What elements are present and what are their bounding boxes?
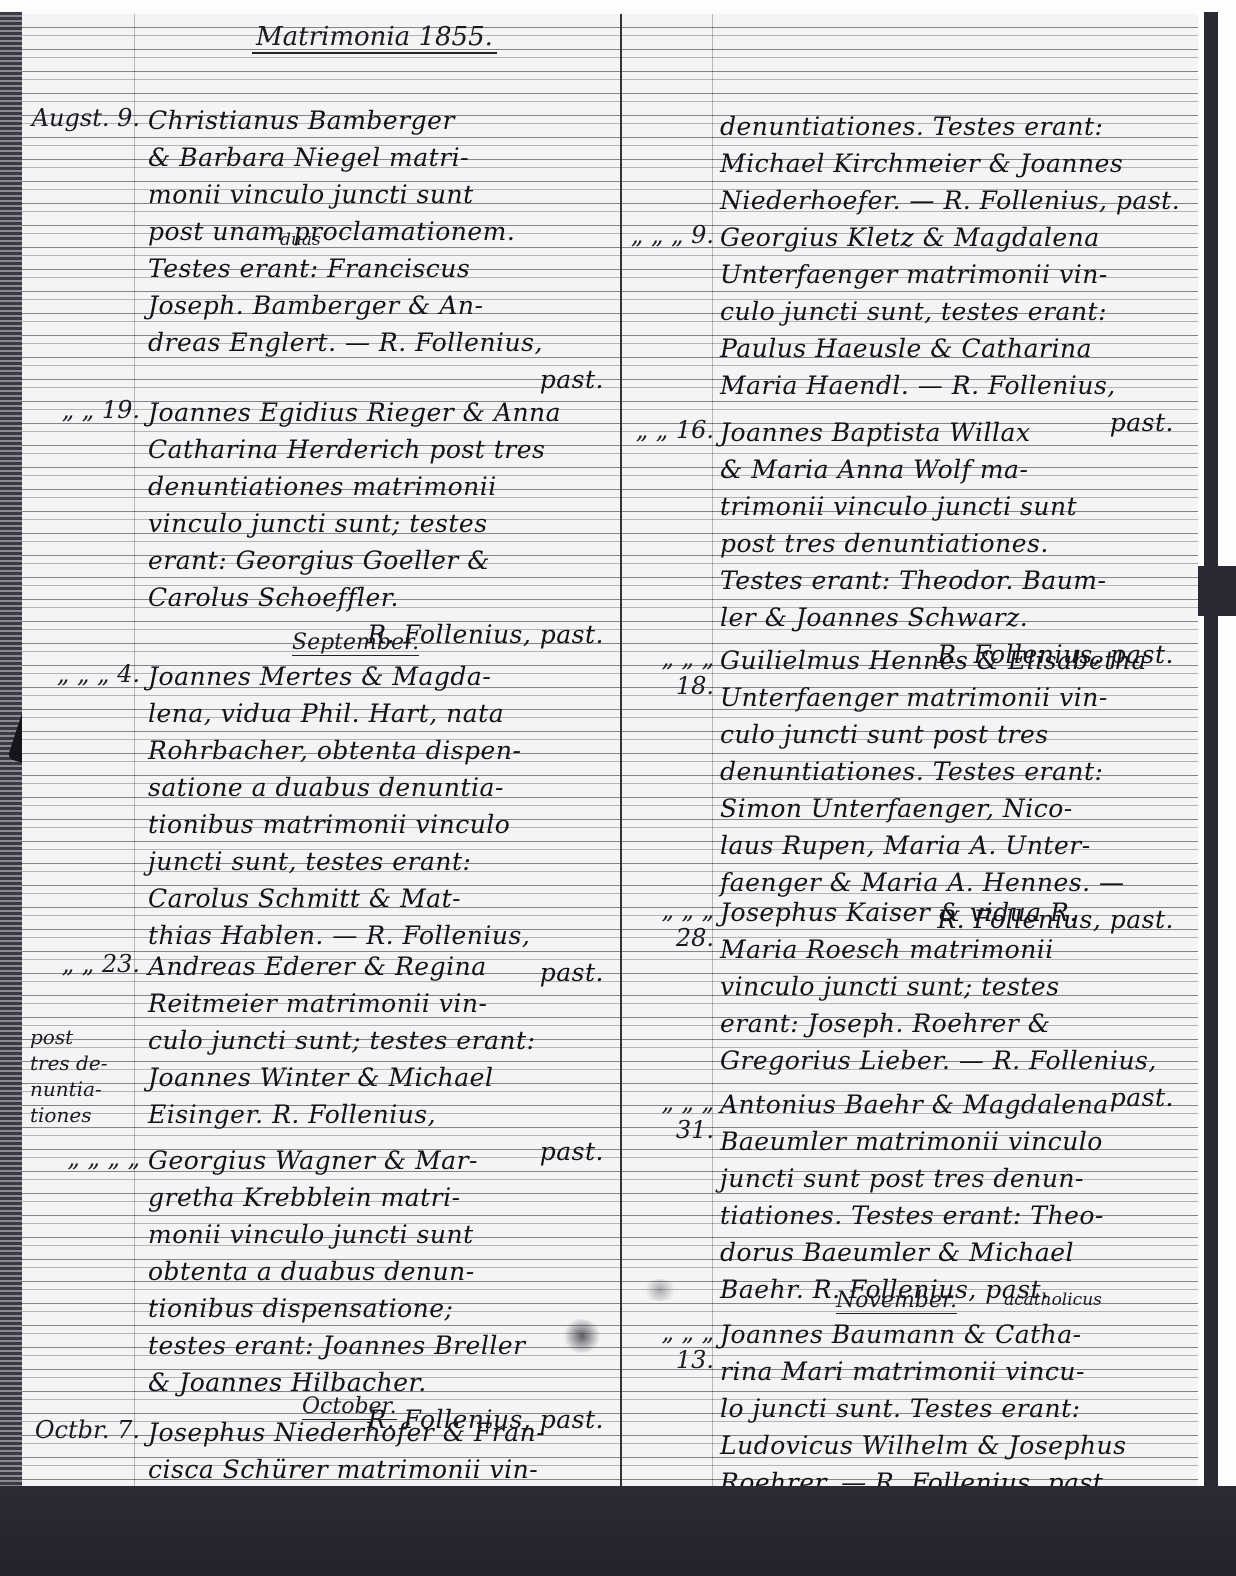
margin-note-line: post [30,1024,107,1050]
entry-line: culo juncti sunt post tres [720,716,1184,753]
entry-line: Guilielmus Hennes & Elisabetha [720,642,1184,679]
entry-line: Simon Unterfaenger, Nico- [720,790,1184,827]
entry-line: rina Mari matrimonii vincu- [720,1353,1184,1390]
entry-line: Maria Roesch matrimonii [720,931,1184,968]
entry-line: post tres denuntiationes. [720,525,1184,562]
ink-smudge [562,1319,602,1353]
entry-line: juncti sunt post tres denun- [720,1160,1184,1197]
entry-line: monii vinculo juncti sunt [148,176,614,213]
entry-line: Georgius Wagner & Mar- [148,1142,614,1179]
entry-line: gretha Krebblein matri- [148,1179,614,1216]
entry-date: Octbr. 7. [22,1416,140,1444]
entry-line: satione a duabus denuntia- [148,769,614,806]
margin-note-line: nuntia- [30,1076,107,1102]
entry-line: Christianus Bamberger [148,102,614,139]
month-heading: November. [836,1288,957,1314]
entry-line: Antonius Baehr & Magdalena [720,1086,1184,1123]
entry-line: Joannes Mertes & Magda- [148,658,614,695]
entry-line: dorus Baeumler & Michael [720,1234,1184,1271]
entry-date: Augst. 9. [22,104,140,132]
marginal-annotation: acatholicus [1004,1290,1102,1310]
entry-text: Antonius Baehr & Magdalena Baeumler matr… [720,1086,1184,1308]
entry-line: monii vinculo juncti sunt [148,1216,614,1253]
entry-line: Unterfaenger matrimonii vin- [720,679,1184,716]
entry-date: „ „ „ 28. [626,896,714,952]
entry-date: „ „ „ 9. [626,221,714,249]
entry-line: vinculo juncti sunt; testes [720,968,1184,1005]
entry-line: erant: Georgius Goeller & [148,542,614,579]
entry-line: Maria Haendl. — R. Follenius, [720,367,1184,404]
entry-text: Georgius Kletz & Magdalena Unterfaenger … [720,219,1184,441]
entry-line: trimonii vinculo juncti sunt [720,488,1184,525]
entry-line: Catharina Herderich post tres [148,431,614,468]
entry-date: „ „ „ „ [22,1144,140,1172]
ink-smudge [642,1279,678,1301]
month-heading: September. [292,630,419,656]
entry-line: Rohrbacher, obtenta dispen- [148,732,614,769]
entry-line: Gregorius Lieber. — R. Follenius, [720,1042,1184,1079]
entry-text: Joannes Mertes & Magda- lena, vidua Phil… [148,658,614,991]
entry-text: Christianus Bamberger & Barbara Niegel m… [148,102,614,398]
entry-line: denuntiationes. Testes erant: [720,108,1184,145]
scanned-register-page: Matrimonia 1855. Augst. 9. duas Christia… [0,0,1236,1576]
entry-line: ler & Joannes Schwarz. [720,599,1184,636]
entry-line: culo juncti sunt; testes erant: [148,1022,614,1059]
scan-border-right [1204,12,1218,1492]
entry-line: Carolus Schmitt & Mat- [148,880,614,917]
entry-line: Testes erant: Franciscus [148,250,614,287]
pastor-signature: past. [148,361,614,398]
entry-line: culo juncti sunt, testes erant: [720,293,1184,330]
entry-date: „ „ „ 4. [22,660,140,688]
page-gutter [620,14,622,1504]
entry-line: post unam proclamationem. [148,213,614,250]
entry-line: Paulus Haeusle & Catharina [720,330,1184,367]
entry-text: Joannes Baumann & Catha- rina Mari matri… [720,1316,1184,1501]
entry-line: Andreas Ederer & Regina [148,948,614,985]
entry-line: obtenta a duabus denun- [148,1253,614,1290]
entry-line: Reitmeier matrimonii vin- [148,985,614,1022]
entry-line: denuntiationes. Testes erant: [720,753,1184,790]
entry-line: Ludovicus Wilhelm & Josephus [720,1427,1184,1464]
entry-line: lo juncti sunt. Testes erant: [720,1390,1184,1427]
entry-line: laus Rupen, Maria A. Unter- [720,827,1184,864]
entry-line: cisca Schürer matrimonii vin- [148,1451,614,1488]
entry-text: Andreas Ederer & Regina Reitmeier matrim… [148,948,614,1170]
entry-line: Testes erant: Theodor. Baum- [720,562,1184,599]
entry-line: juncti sunt, testes erant: [148,843,614,880]
entry-line: vinculo juncti sunt; testes [148,505,614,542]
margin-note: post tres de- nuntia- tiones [30,1024,107,1128]
entry-line: & Barbara Niegel matri- [148,139,614,176]
entry-text: Joannes Egidius Rieger & Anna Catharina … [148,394,614,653]
entry-line: tiationes. Testes erant: Theo- [720,1197,1184,1234]
page-title: Matrimonia 1855. [252,22,497,54]
entry-line: Josephus Niederhofer & Fran- [148,1414,614,1451]
entry-line: Josephus Kaiser & vidua R. [720,894,1184,931]
ledger-page: Matrimonia 1855. Augst. 9. duas Christia… [22,14,1198,1490]
scan-border-bottom [0,1486,1236,1576]
entry-date: „ „ 19. [22,396,140,424]
entry-line: lena, vidua Phil. Hart, nata [148,695,614,732]
entry-date: „ „ „ 18. [626,644,714,700]
entry-line: & Maria Anna Wolf ma- [720,451,1184,488]
entry-line: testes erant: Joannes Breller [148,1327,614,1364]
margin-note-line: tres de- [30,1050,107,1076]
entry-line: Carolus Schoeffler. [148,579,614,616]
entry-line: Joannes Winter & Michael [148,1059,614,1096]
entry-line: tionibus matrimonii vinculo [148,806,614,843]
entry-text: Joannes Baptista Willax & Maria Anna Wol… [720,414,1184,673]
entry-date: „ „ 16. [626,416,714,444]
entry-line: Joseph. Bamberger & An- [148,287,614,324]
entry-date: „ „ „ 13. [626,1318,714,1374]
entry-line: Unterfaenger matrimonii vin- [720,256,1184,293]
entry-line: erant: Joseph. Roehrer & [720,1005,1184,1042]
entry-line: Georgius Kletz & Magdalena [720,219,1184,256]
entry-line: Michael Kirchmeier & Joannes [720,145,1184,182]
entry-text: Josephus Kaiser & vidua R. Maria Roesch … [720,894,1184,1116]
entry-line: Joannes Baptista Willax [720,414,1184,451]
entry-date: „ „ „ 31. [626,1088,714,1144]
entry-date: „ „ 23. [22,950,140,978]
margin-note-line: tiones [30,1102,107,1128]
entry-line: Joannes Egidius Rieger & Anna [148,394,614,431]
entry-line: denuntiationes matrimonii [148,468,614,505]
entry-text: denuntiationes. Testes erant: Michael Ki… [720,108,1184,219]
margin-rule-left [134,14,135,1490]
entry-line: Eisinger. R. Follenius, [148,1096,614,1133]
entry-line: tionibus dispensatione; [148,1290,614,1327]
entry-line: Niederhoefer. — R. Follenius, past. [720,182,1184,219]
entry-line: dreas Englert. — R. Follenius, [148,324,614,361]
entry-line: Baeumler matrimonii vinculo [720,1123,1184,1160]
entry-line: Joannes Baumann & Catha- [720,1316,1184,1353]
